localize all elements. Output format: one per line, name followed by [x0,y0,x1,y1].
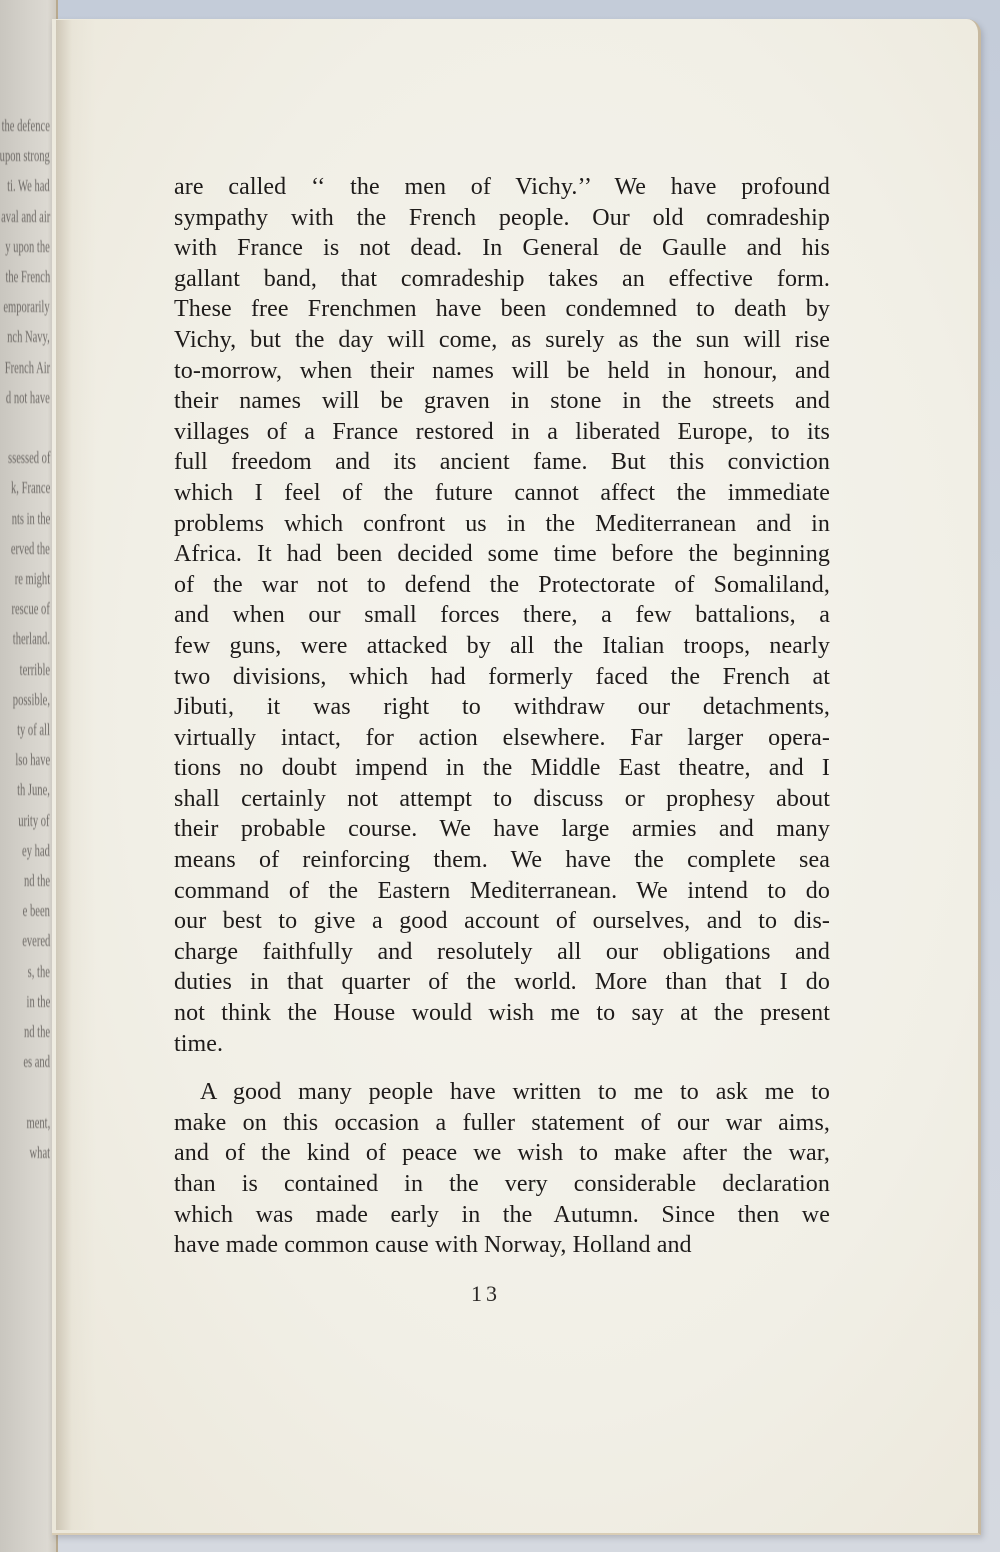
text-line: shall certainly not attempt to discuss o… [174,784,830,815]
facing-page-text-fragment: ssessed of [8,448,50,468]
facing-page-text-fragment: erved the [11,539,50,559]
text-line: make on this occasion a fuller statement… [174,1108,830,1139]
facing-page-text-fragment: s, the [28,962,50,982]
text-line: means of reinforcing them. We have the c… [174,845,830,876]
book-page: are called ‘‘ the men of Vichy.’’ We hav… [52,19,981,1535]
facing-page-text-fragment: the French [5,267,50,287]
text-line: Africa. It had been decided some time be… [174,539,830,570]
facing-page-text-fragment: d not have [6,388,50,408]
text-line: full freedom and its ancient fame. But t… [174,447,830,478]
text-line: villages of a France restored in a liber… [174,417,830,448]
text-line: and of the kind of peace we wish to make… [174,1138,830,1169]
facing-page-text-fragment: lso have [15,750,50,770]
text-line: their names will be graven in stone in t… [174,386,830,417]
facing-page-text-fragment: emporarily [4,297,50,317]
facing-page-text-fragment: k, France [11,478,50,498]
text-line: sympathy with the French people. Our old… [174,203,830,234]
facing-page-text-fragment: ment, [26,1113,50,1133]
text-line: Jibuti, it was right to withdraw our det… [174,692,830,723]
text-line: of the war not to defend the Protectorat… [174,570,830,601]
text-line: duties in that quarter of the world. Mor… [174,967,830,998]
text-line: virtually intact, for action elsewhere. … [174,723,830,754]
facing-page-text-fragment: y upon the [5,237,50,257]
text-line: with France is not dead. In General de G… [174,233,830,264]
text-line: their probable course. We have large arm… [174,814,830,845]
text-line: which I feel of the future cannot affect… [174,478,830,509]
facing-page-text-fragment: ti. We had [7,176,50,196]
paragraph: are called ‘‘ the men of Vichy.’’ We hav… [174,172,830,1059]
facing-page-text-fragment: urity of [19,811,50,831]
text-line: Vichy, but the day will come, as surely … [174,325,830,356]
facing-page-text-fragment: therland. [13,629,50,649]
facing-page-text-fragment: terrible [20,660,50,680]
facing-page-text-fragment: ey had [22,841,50,861]
facing-page-text-fragment: nts in the [11,509,50,529]
facing-page-text-fragment: e been [23,901,50,921]
text-line: command of the Eastern Mediterranean. We… [174,876,830,907]
facing-page-text-fragment: nd the [24,871,50,891]
facing-page-text-fragment: th June, [17,780,50,800]
text-line: problems which confront us in the Medite… [174,509,830,540]
paragraph-gap [174,1059,830,1077]
facing-page-text-fragment: re might [15,569,50,589]
text-line: our best to give a good account of ourse… [174,906,830,937]
text-line: A good many people have written to me to… [174,1077,830,1108]
text-line: and when our small forces there, a few b… [174,600,830,631]
page-body-text: are called ‘‘ the men of Vichy.’’ We hav… [174,172,830,1261]
facing-page-text-fragment: es and [23,1052,50,1072]
text-line: which was made early in the Autumn. Sinc… [174,1200,830,1231]
facing-page-text-fragment: possible, [13,690,50,710]
facing-page-text-fragment: rescue of [12,599,50,619]
text-line: than is contained in the very considerab… [174,1169,830,1200]
facing-page-left: the defenceupon strongti. We hadaval and… [0,0,58,1552]
text-line: few guns, were attacked by all the Itali… [174,631,830,662]
facing-page-text-fragment: nch Navy, [7,327,50,347]
text-line: gallant band, that comradeship takes an … [174,264,830,295]
facing-page-text-fragment: upon strong [0,146,50,166]
facing-page-text-fragment: aval and air [1,207,50,227]
facing-page-text-fragment: the defence [2,116,50,136]
facing-page-text-fragment: what [30,1143,50,1163]
text-line: not think the House would wish me to say… [174,998,830,1029]
facing-page-text-fragment: evered [22,931,50,951]
text-line: time. [174,1029,830,1060]
text-line: to-morrow, when their names will be held… [174,356,830,387]
text-line: have made common cause with Norway, Holl… [174,1230,830,1261]
text-line: These free Frenchmen have been condemned… [174,294,830,325]
text-line: tions no doubt impend in the Middle East… [174,753,830,784]
text-line: charge faithfully and resolutely all our… [174,937,830,968]
facing-page-text-fragment: nd the [24,1022,50,1042]
text-line: two divisions, which had formerly faced … [174,662,830,693]
facing-page-text-fragment: in the [26,992,50,1012]
paragraph: A good many people have written to me to… [174,1077,830,1261]
facing-page-text-fragment: ty of all [17,720,50,740]
text-line: are called ‘‘ the men of Vichy.’’ We hav… [174,172,830,203]
facing-page-text-fragment: French Air [5,358,50,378]
page-number: 13 [471,1281,501,1307]
